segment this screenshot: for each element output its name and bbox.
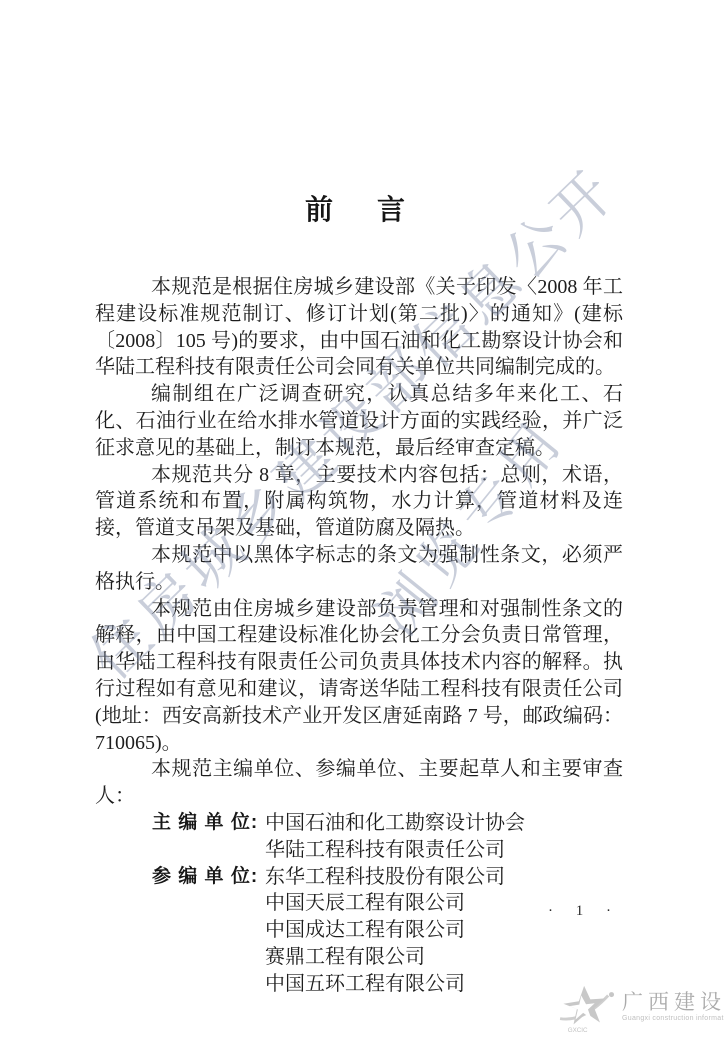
preface-body: 本规范是根据住房城乡建设部《关于印发〈2008 年工程建设标准规范制订、修订计划… — [95, 274, 623, 810]
site-text: 广西建设网 Guangxi construction information n… — [622, 990, 724, 1022]
logo-abbrev-text: GXCIC — [568, 1027, 588, 1034]
site-name: 广西建设网 — [622, 990, 724, 1014]
org-line: 华陆工程科技有限责任公司 — [265, 837, 623, 864]
site-caption: Guangxi construction information network… — [622, 1015, 724, 1022]
footer-logo: GXCIC 广西建设网 Guangxi construction informa… — [556, 984, 724, 1034]
paragraph-chapters: 本规范共分 8 章，主要技术内容包括：总则，术语，管道系统和布置，附属构筑物，水… — [95, 462, 623, 542]
participating-editor-label: 参 编 单 位: — [152, 864, 265, 998]
participating-editor-row: 参 编 单 位: 东华工程科技股份有限公司 中国天辰工程有限公司 中国成达工程有… — [152, 864, 623, 998]
chief-editor-orgs: 中国石油和化工勘察设计协会 华陆工程科技有限责任公司 — [265, 810, 623, 864]
paragraph-management-contact: 本规范由住房城乡建设部负责管理和对强制性条文的解释，由中国工程建设标准化协会化工… — [95, 596, 623, 757]
chief-editor-row: 主 编 单 位: 中国石油和化工勘察设计协会 华陆工程科技有限责任公司 — [152, 810, 623, 864]
chief-editor-label: 主 编 单 位: — [152, 810, 265, 864]
page-content: 前 言 本规范是根据住房城乡建设部《关于印发〈2008 年工程建设标准规范制订、… — [95, 193, 623, 998]
document-page: 住房城乡建设部信息公开 浏览专用 前 言 本规范是根据住房城乡建设部《关于印发〈… — [0, 0, 724, 1039]
participating-editor-orgs: 东华工程科技股份有限公司 中国天辰工程有限公司 中国成达工程有限公司 赛鼎工程有… — [265, 864, 623, 998]
paragraph-mandatory-clauses: 本规范中以黑体字标志的条文为强制性条文，必须严格执行。 — [95, 542, 623, 596]
org-line: 中国成达工程有限公司 — [265, 917, 623, 944]
org-line: 中国石油和化工勘察设计协会 — [265, 810, 623, 837]
page-title: 前 言 — [95, 193, 623, 227]
star-swoosh-icon: GXCIC — [556, 984, 618, 1034]
paragraph-drafting-process: 编制组在广泛调查研究，认真总结多年来化工、石化、石油行业在给水排水管道设计方面的… — [95, 381, 623, 461]
paragraph-credits-intro: 本规范主编单位、参编单位、主要起草人和主要审查人： — [95, 756, 623, 810]
credits-block: 主 编 单 位: 中国石油和化工勘察设计协会 华陆工程科技有限责任公司 参 编 … — [95, 810, 623, 998]
paragraph-basis: 本规范是根据住房城乡建设部《关于印发〈2008 年工程建设标准规范制订、修订计划… — [95, 274, 623, 381]
org-line: 东华工程科技股份有限公司 — [265, 864, 623, 891]
page-number: · 1 · — [548, 903, 618, 920]
org-line: 赛鼎工程有限公司 — [265, 944, 623, 971]
